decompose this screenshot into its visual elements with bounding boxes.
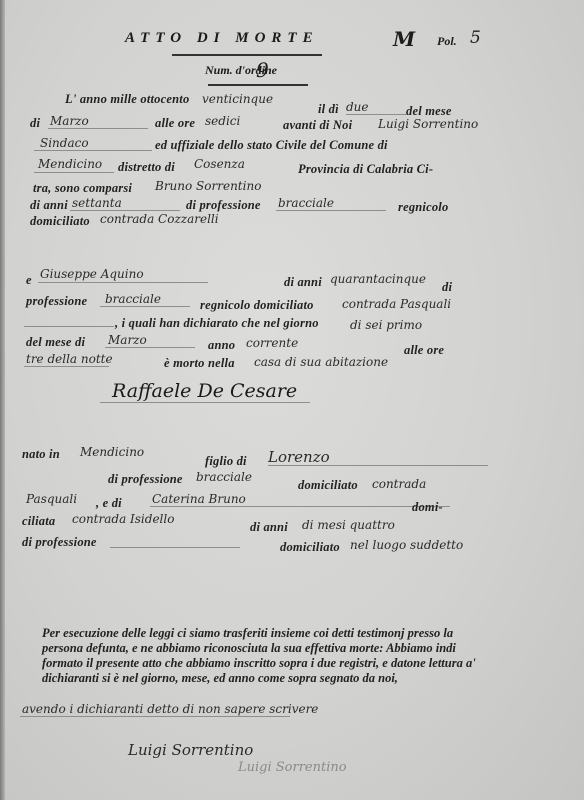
text-printed: regnicolo domiciliato (200, 298, 314, 313)
text-printed: il dì (318, 102, 339, 117)
field-residence: nel luogo suddetto (350, 538, 463, 552)
text-printed: di professione (186, 198, 261, 213)
text-printed: , i quali han dichiarato che nel giorno (115, 316, 319, 331)
fill-line (70, 210, 180, 211)
faint-signature-bleedthrough: Luigi Sorrentino (238, 760, 347, 775)
officer-signature: Luigi Sorrentino (128, 741, 253, 759)
text-printed: di anni (284, 275, 322, 290)
field-witness2-name: Giuseppe Aquino (40, 267, 144, 281)
field-witness2-domicile: contrada Pasquali (342, 297, 451, 311)
field-death-day: di sei primo (350, 318, 422, 332)
field-death-place: casa di sua abitazione (254, 355, 388, 369)
pol-label: Pol. (437, 34, 457, 49)
text-printed: tra, sono comparsi (33, 181, 132, 196)
text-printed: anno (208, 338, 235, 353)
field-district: Cosenza (194, 157, 245, 171)
field-witness1-domicile: contrada Cozzarelli (100, 212, 219, 226)
text-printed: è morto nella (164, 356, 235, 371)
text-printed: distretto di (118, 160, 175, 175)
field-officer-name: Luigi Sorrentino (378, 117, 478, 131)
text-printed: domiciliato (280, 540, 340, 555)
closing-handwritten-note: avendo i dichiaranti detto di non sapere… (22, 702, 318, 716)
pol-number: 5 (470, 28, 481, 48)
text-printed: professione (26, 294, 87, 309)
fill-line (24, 326, 114, 327)
text-printed: e (26, 273, 32, 288)
field-witness2-profession: bracciale (105, 292, 161, 306)
text-printed: nato in (22, 447, 60, 462)
field-father-domicile: contrada (372, 477, 426, 491)
fill-line (34, 172, 114, 173)
field-witness1-name: Bruno Sorrentino (155, 179, 261, 193)
field-father-name: Lorenzo (268, 448, 330, 466)
field-month: Marzo (50, 114, 89, 128)
order-number-underline (208, 84, 308, 86)
field-death-hour: tre della notte (26, 352, 113, 366)
field-witness1-profession: bracciale (278, 196, 334, 210)
document-title: ATTO DI MORTE (125, 30, 319, 47)
field-death-month: Marzo (108, 333, 147, 347)
fill-line (48, 128, 148, 129)
text-printed: , e di (96, 496, 122, 511)
fill-line (100, 402, 310, 403)
field-deceased-age: di mesi quattro (302, 518, 395, 532)
text-printed: ed uffiziale dello stato Civile del Comu… (155, 138, 388, 153)
fill-line (110, 547, 240, 548)
text-printed: di (442, 280, 452, 295)
field-mother-name: Caterina Bruno (152, 492, 246, 506)
fill-line (38, 282, 208, 283)
field-death-year: corrente (246, 336, 298, 350)
field-hour: sedici (205, 114, 240, 128)
field-father-profession: bracciale (196, 470, 252, 484)
fill-line (268, 465, 488, 466)
fill-line (150, 506, 450, 507)
text-printed: alle ore (404, 343, 444, 358)
page-mark: M (393, 27, 415, 51)
text-printed: del mese di (26, 335, 85, 350)
text-printed: L' anno mille ottocento (65, 92, 189, 107)
field-comune: Mendicino (38, 157, 102, 171)
text-printed: Provincia di Calabria Ci- (298, 162, 433, 177)
fill-line (276, 210, 386, 211)
deceased-name: Raffaele De Cesare (112, 380, 297, 402)
page-edge-shadow (0, 0, 5, 800)
field-father-domicile-cont: Pasquali (26, 492, 77, 506)
fill-line (346, 114, 406, 115)
field-witness2-age: quarantacinque (330, 272, 426, 286)
text-printed: figlio di (205, 454, 247, 469)
field-officer-role: Sindaco (40, 136, 89, 150)
field-birthplace: Mendicino (80, 445, 144, 459)
order-number-value: 9 (256, 58, 269, 82)
text-printed: domi- (412, 500, 443, 515)
fill-line (24, 366, 109, 367)
fill-line (20, 716, 290, 717)
closing-statement: Per esecuzione delle leggi ci siamo tras… (42, 626, 482, 686)
text-printed: di professione (22, 535, 97, 550)
text-printed: alle ore (155, 116, 195, 131)
field-day: due (346, 100, 369, 114)
fill-line (100, 306, 190, 307)
text-printed: di anni (30, 198, 68, 213)
field-witness1-age: settanta (72, 196, 122, 210)
title-underline (172, 54, 322, 56)
text-printed: di anni (250, 520, 288, 535)
fill-line (34, 150, 152, 151)
text-printed: di (30, 116, 40, 131)
text-printed: regnicolo (398, 200, 448, 215)
field-year: venticinque (202, 92, 273, 106)
text-printed: domiciliato (30, 214, 90, 229)
fill-line (105, 347, 195, 348)
text-printed: di professione (108, 472, 183, 487)
field-mother-domicile: contrada Isidello (72, 512, 174, 526)
text-printed: domiciliato (298, 478, 358, 493)
text-printed: avanti di Noi (283, 118, 352, 133)
text-printed: ciliata (22, 514, 55, 529)
